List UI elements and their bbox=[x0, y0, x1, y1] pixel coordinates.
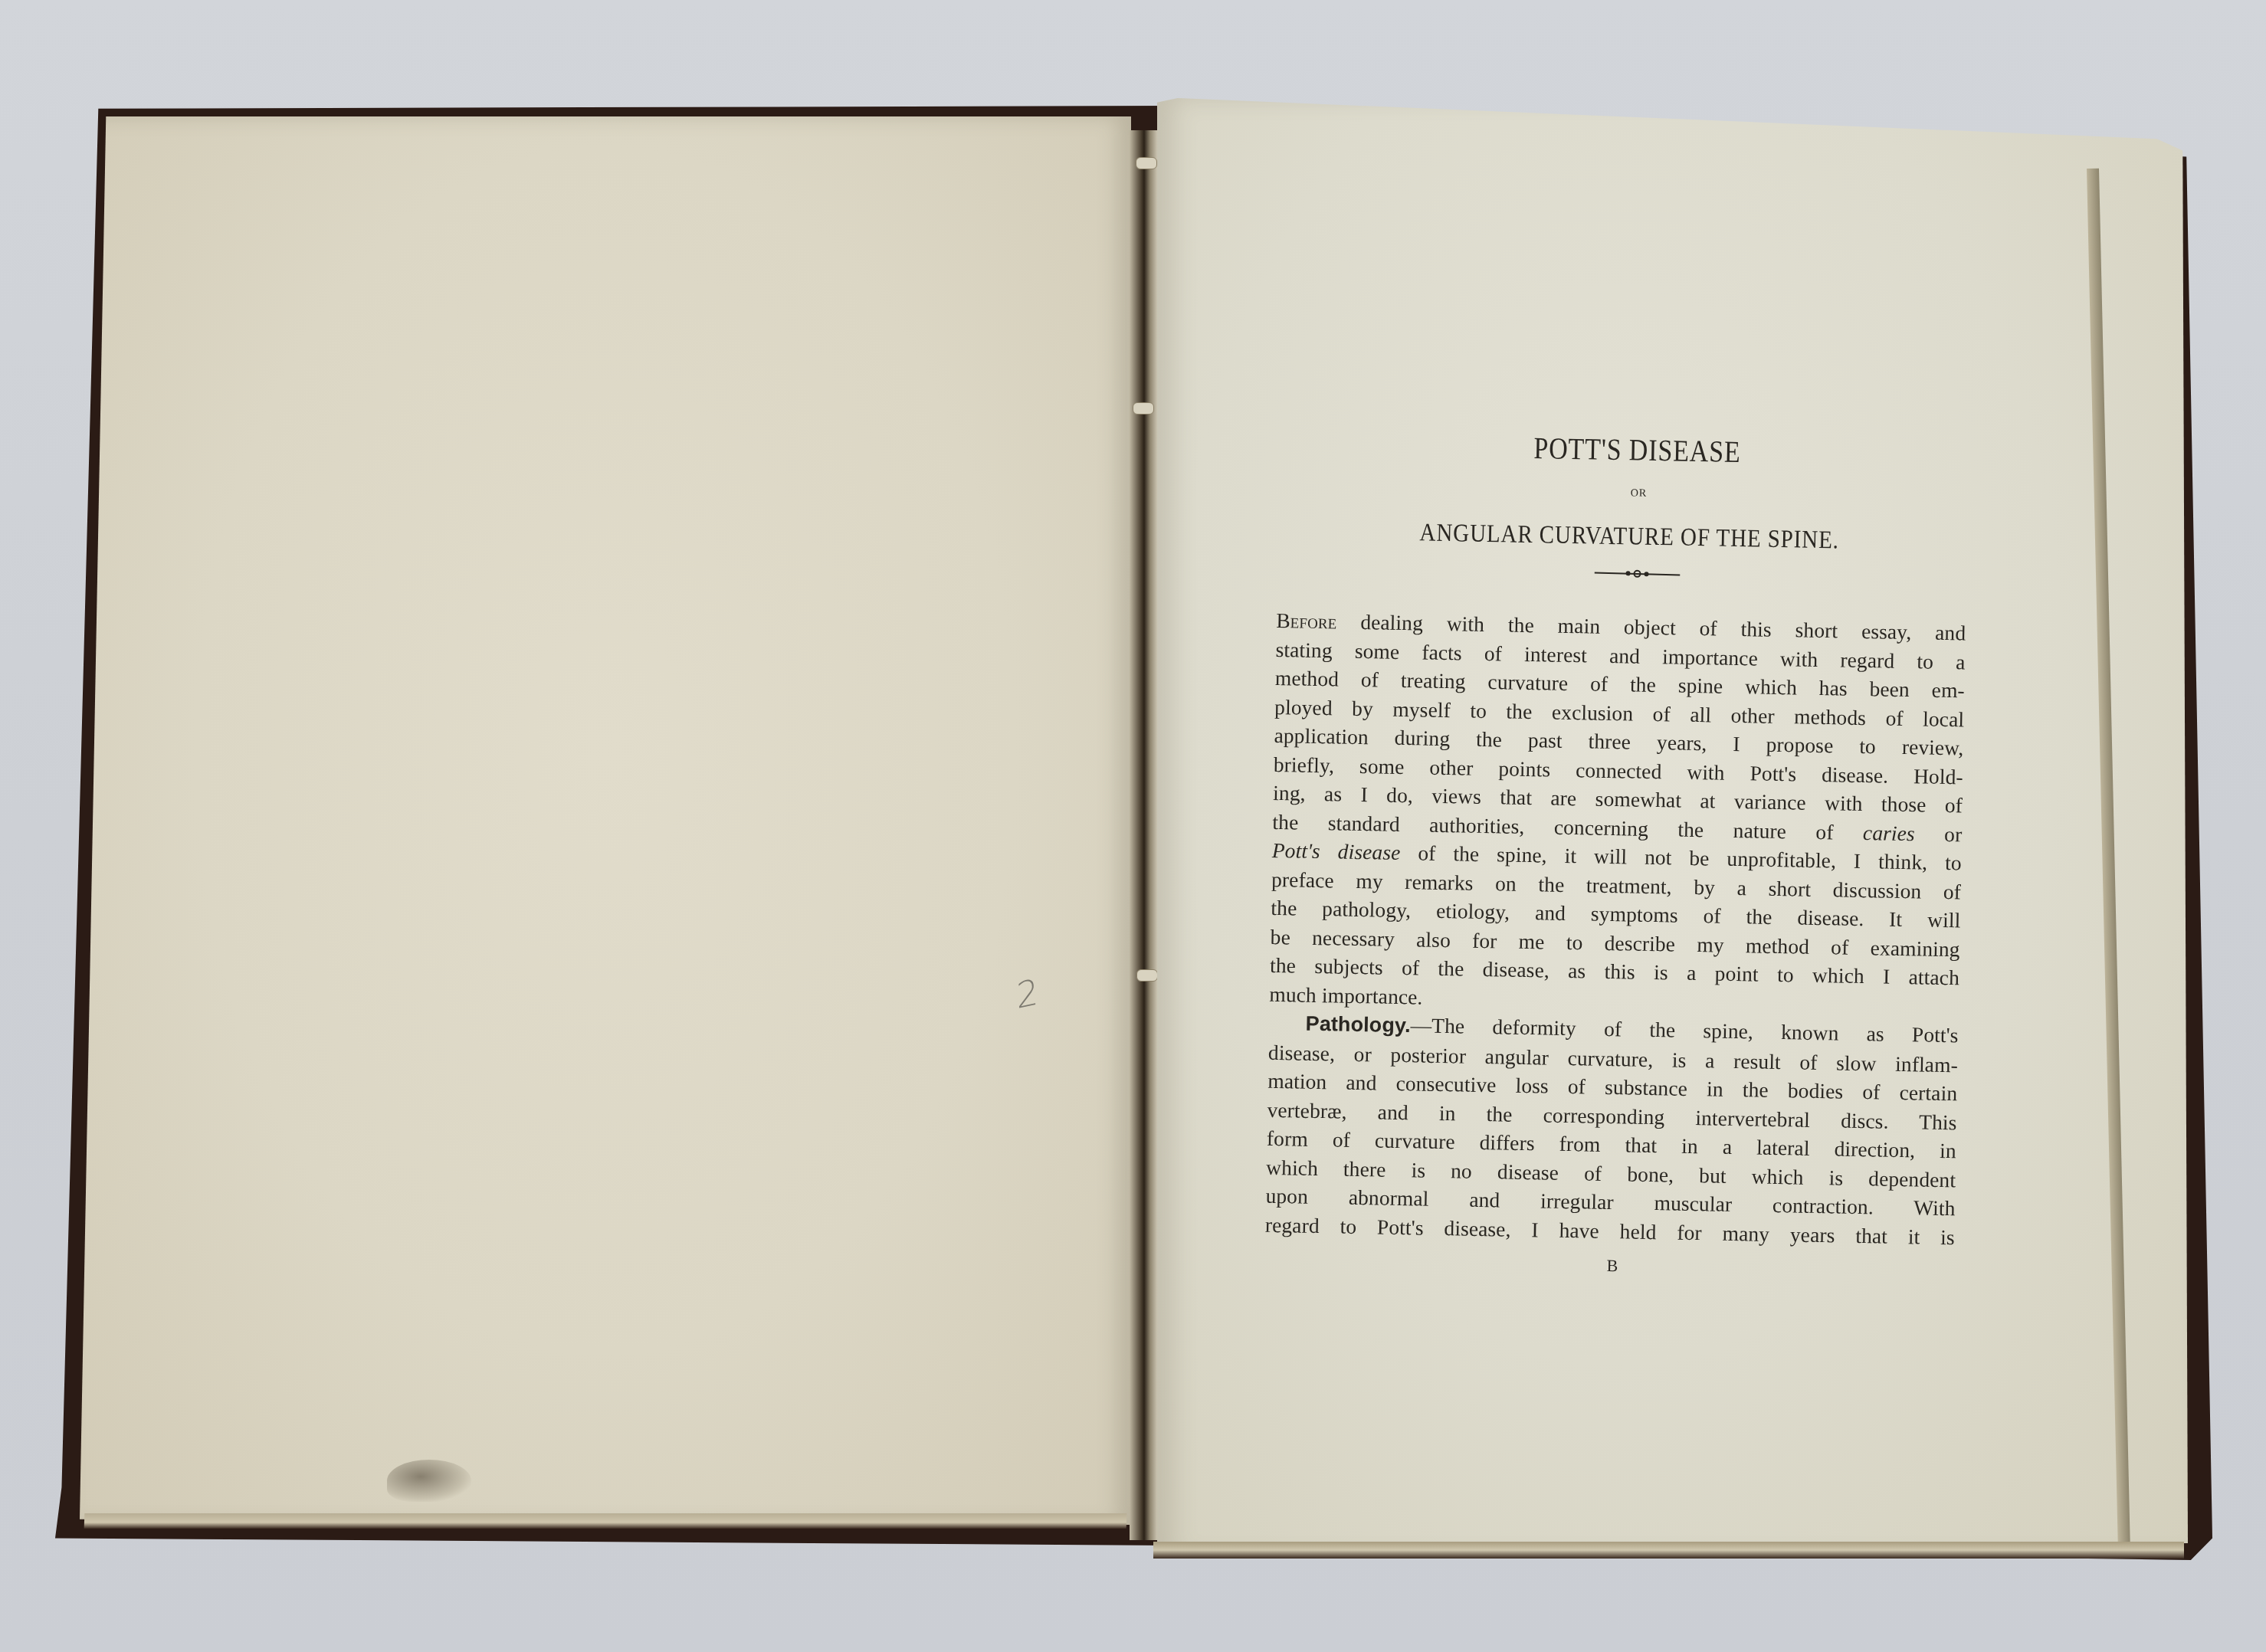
binding-stitch-icon bbox=[1133, 402, 1154, 415]
binding-stitch-icon bbox=[1136, 157, 1157, 169]
binding-stitch-icon bbox=[1136, 969, 1158, 982]
left-page-endpaper bbox=[80, 116, 1131, 1525]
title-connector: OR bbox=[1278, 481, 1968, 506]
chapter-subtitle: ANGULAR CURVATURE OF THE SPINE. bbox=[1319, 517, 1927, 557]
foxing-stain bbox=[387, 1460, 471, 1502]
pathology-paragraph: Pathology.—The deformity of the spine, k… bbox=[1265, 1008, 1959, 1251]
left-page-bottom-edge bbox=[84, 1513, 1127, 1529]
decorative-rule-icon bbox=[1594, 568, 1680, 580]
right-page-bottom-edge bbox=[1153, 1542, 2184, 1559]
book-gutter bbox=[1130, 130, 1159, 1540]
section-heading: Pathology. bbox=[1305, 1012, 1411, 1037]
photo-scene: 2 POTT'S DISEASE OR ANGULAR CURVATURE OF… bbox=[0, 0, 2266, 1652]
intro-paragraph: Before dealing with the main object of t… bbox=[1269, 606, 1966, 1021]
handwritten-page-mark: 2 bbox=[1015, 971, 1039, 1018]
printed-text-block: POTT'S DISEASE OR ANGULAR CURVATURE OF T… bbox=[1264, 425, 1969, 1282]
